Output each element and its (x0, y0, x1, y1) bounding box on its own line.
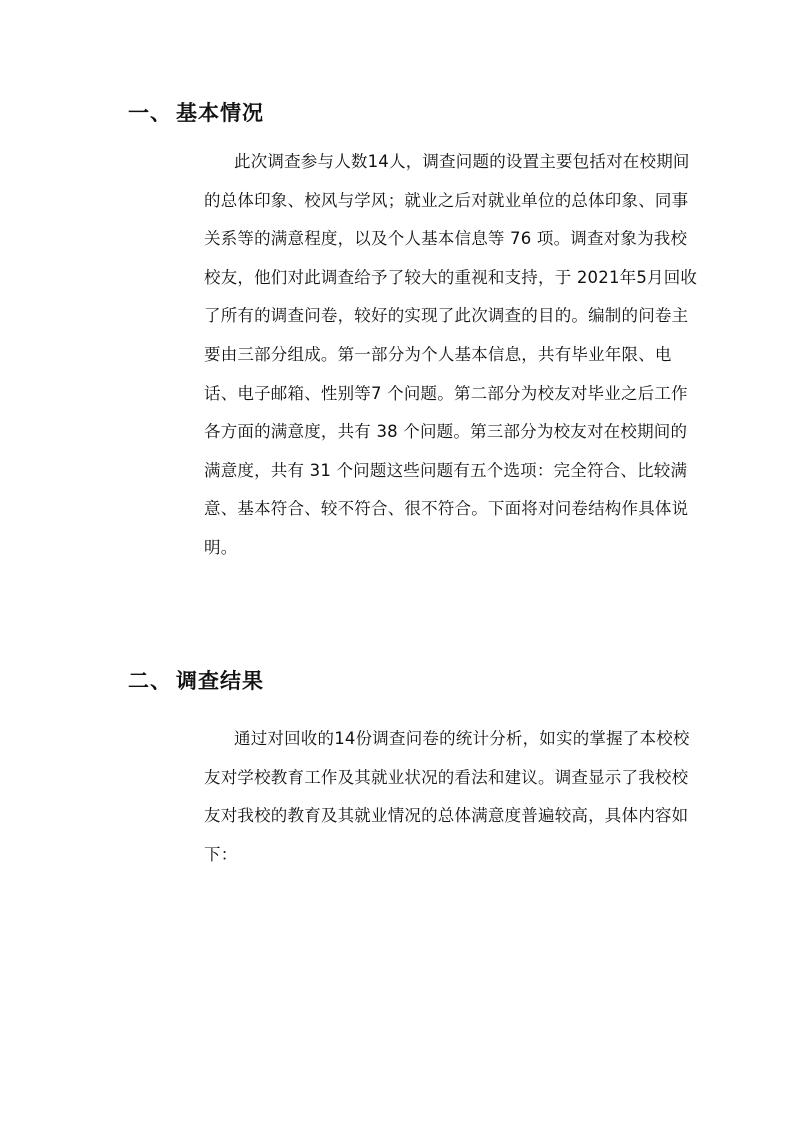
section-heading-basic-info: 一、基本情况 (128, 100, 264, 126)
paragraph-line: 通过对回收的14份调查问卷的统计分析，如实的掌握了本校校 (204, 720, 676, 759)
section-title: 调查结果 (176, 669, 264, 693)
paragraph-line: 了所有的调查问卷，较好的实现了此次调查的目的。编制的问卷主 (204, 297, 676, 336)
section-number: 一、 (128, 100, 176, 126)
paragraph-line: 友对学校教育工作及其就业状况的看法和建议。调查显示了我校校 (204, 759, 676, 798)
paragraph-basic-info: 此次调查参与人数14人，调查问题的设置主要包括对在校期间 的总体印象、校风与学风… (204, 143, 676, 568)
paragraph-line: 话、电子邮箱、性别等7 个问题。第二部分为校友对毕业之后工作 (204, 375, 676, 414)
paragraph-line: 意、基本符合、较不符合、很不符合。下面将对问卷结构作具体说 (204, 490, 676, 529)
paragraph-survey-results: 通过对回收的14份调查问卷的统计分析，如实的掌握了本校校 友对学校教育工作及其就… (204, 720, 676, 874)
paragraph-line: 友对我校的教育及其就业情况的总体满意度普遍较高，具体内容如 (204, 797, 676, 836)
paragraph-line: 明。 (204, 529, 676, 568)
section-number: 二、 (128, 668, 176, 694)
paragraph-line: 校友，他们对此调查给予了较大的重视和支持，于 2021年5月回收 (204, 259, 676, 298)
paragraph-line: 满意度，共有 31 个问题这些问题有五个选项：完全符合、比较满 (204, 452, 676, 491)
section-title: 基本情况 (176, 101, 264, 125)
paragraph-line: 此次调查参与人数14人，调查问题的设置主要包括对在校期间 (204, 143, 676, 182)
paragraph-line: 下： (204, 836, 676, 875)
paragraph-line: 各方面的满意度，共有 38 个问题。第三部分为校友对在校期间的 (204, 413, 676, 452)
paragraph-line: 关系等的满意程度，以及个人基本信息等 76 项。调查对象为我校 (204, 220, 676, 259)
paragraph-line: 要由三部分组成。第一部分为个人基本信息，共有毕业年限、电 (204, 336, 676, 375)
paragraph-line: 的总体印象、校风与学风；就业之后对就业单位的总体印象、同事 (204, 182, 676, 221)
section-heading-survey-results: 二、调查结果 (128, 668, 264, 694)
